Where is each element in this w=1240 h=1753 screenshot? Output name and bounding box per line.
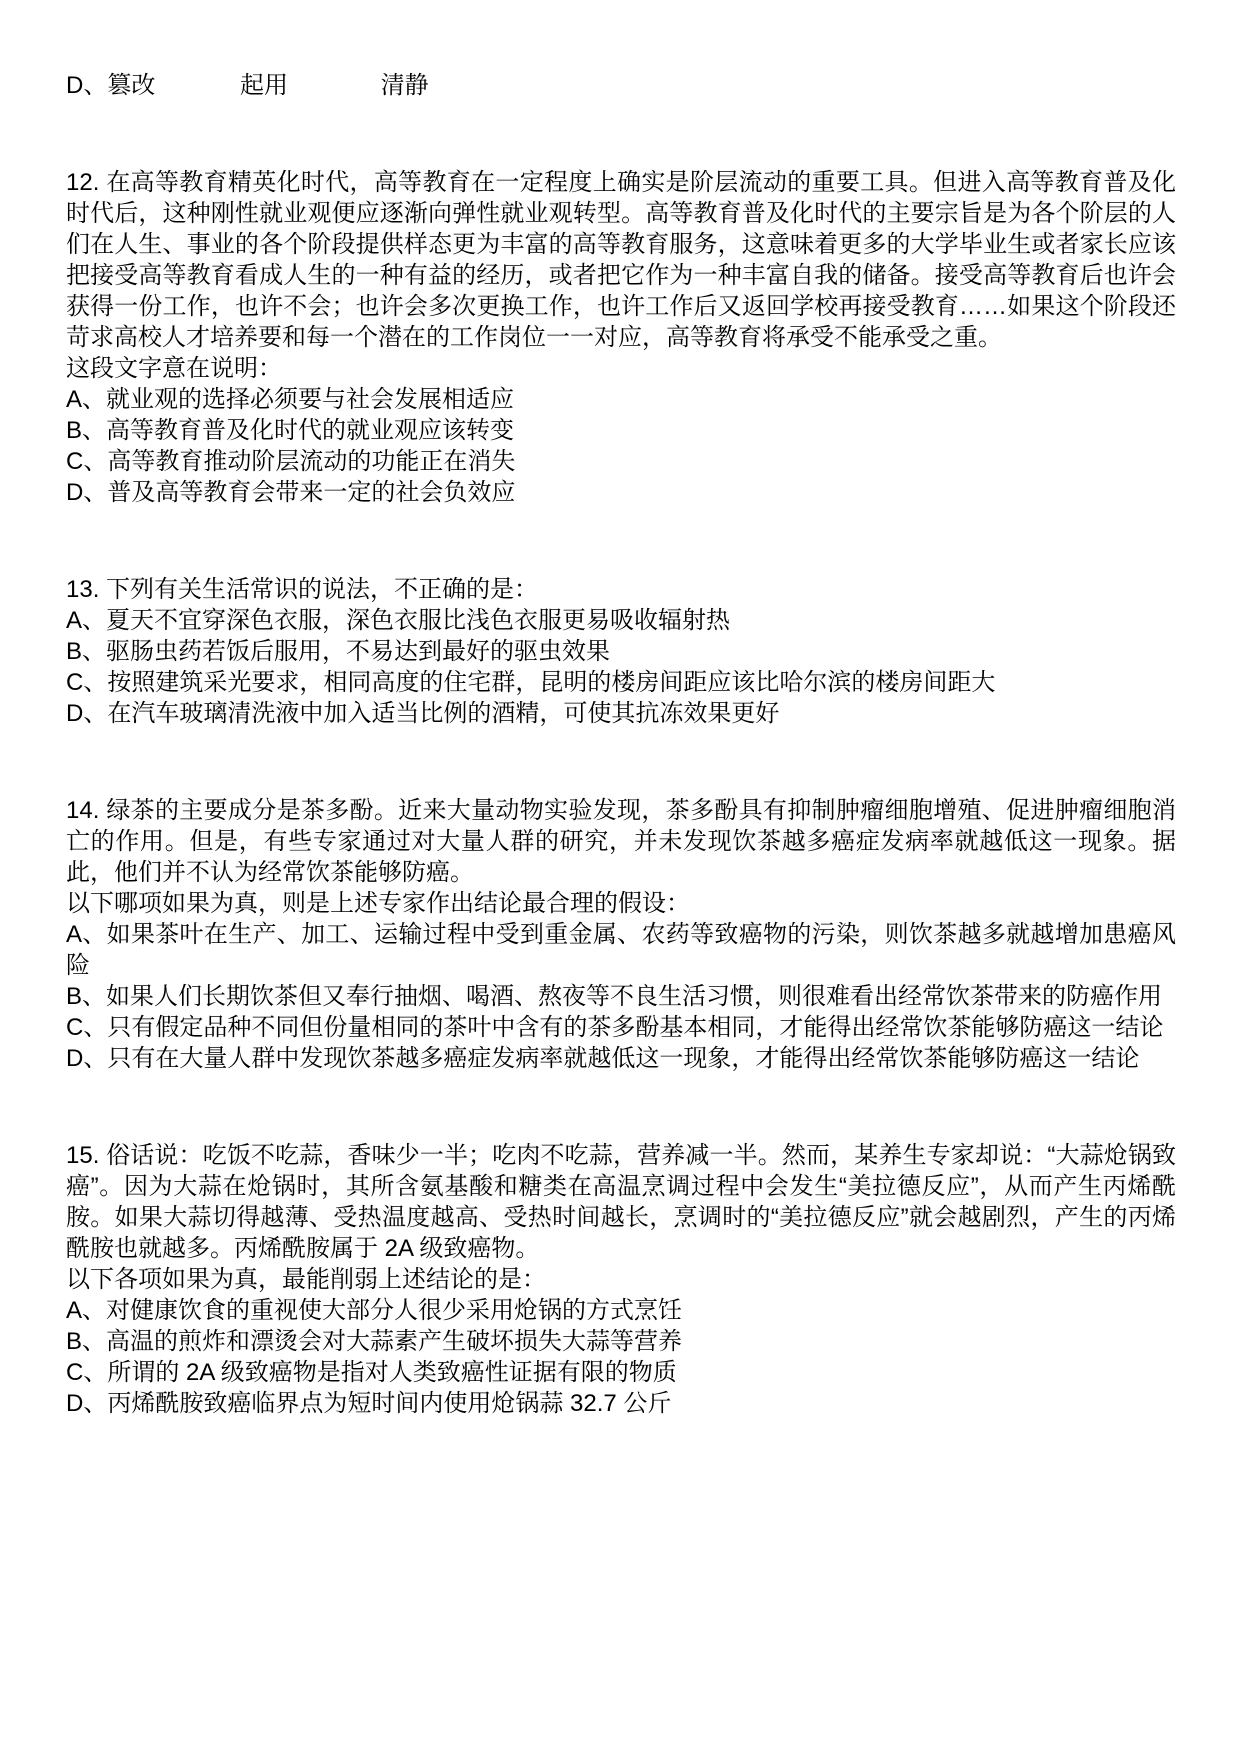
question-15-prompt: 以下各项如果为真，最能削弱上述结论的是： xyxy=(66,1264,1176,1295)
question-15-option-b: B、高温的煎炸和漂烫会对大蒜素产生破坏损失大蒜等营养 xyxy=(66,1326,1176,1357)
leftover-option-word-3: 清静 xyxy=(381,70,429,101)
question-13-option-d: D、在汽车玻璃清洗液中加入适当比例的酒精，可使其抗冻效果更好 xyxy=(66,698,1176,729)
question-12-option-b: B、高等教育普及化时代的就业观应该转变 xyxy=(66,415,1176,446)
leftover-option-word-1: 篡改 xyxy=(107,70,155,101)
leftover-option-row: D、篡改 起用 清静 xyxy=(66,70,1176,101)
question-12-option-c: C、高等教育推动阶层流动的功能正在消失 xyxy=(66,446,1176,477)
question-12-stem: 12. 在高等教育精英化时代，高等教育在一定程度上确实是阶层流动的重要工具。但进… xyxy=(66,167,1176,353)
question-14-option-b: B、如果人们长期饮茶但又奉行抽烟、喝酒、熬夜等不良生活习惯，则很难看出经常饮茶带… xyxy=(66,981,1176,1012)
question-14-option-a: A、如果茶叶在生产、加工、运输过程中受到重金属、农药等致癌物的污染，则饮茶越多就… xyxy=(66,919,1176,981)
question-14-option-c: C、只有假定品种不同但份量相同的茶叶中含有的茶多酚基本相同，才能得出经常饮茶能够… xyxy=(66,1012,1176,1043)
question-12-prompt: 这段文字意在说明： xyxy=(66,353,1176,384)
leftover-option-label: D、 xyxy=(66,70,107,101)
question-12-option-a: A、就业观的选择必须要与社会发展相适应 xyxy=(66,384,1176,415)
question-14-option-d: D、只有在大量人群中发现饮茶越多癌症发病率就越低这一现象，才能得出经常饮茶能够防… xyxy=(66,1043,1176,1074)
question-15: 15. 俗话说：吃饭不吃蒜，香味少一半；吃肉不吃蒜，营养减一半。然而，某养生专家… xyxy=(66,1140,1176,1419)
question-15-option-c: C、所谓的 2A 级致癌物是指对人类致癌性证据有限的物质 xyxy=(66,1357,1176,1388)
question-13-option-a: A、夏天不宜穿深色衣服，深色衣服比浅色衣服更易吸收辐射热 xyxy=(66,605,1176,636)
question-13-stem: 13. 下列有关生活常识的说法，不正确的是： xyxy=(66,574,1176,605)
question-15-stem: 15. 俗话说：吃饭不吃蒜，香味少一半；吃肉不吃蒜，营养减一半。然而，某养生专家… xyxy=(66,1140,1176,1264)
question-13: 13. 下列有关生活常识的说法，不正确的是： A、夏天不宜穿深色衣服，深色衣服比… xyxy=(66,574,1176,729)
question-14-prompt: 以下哪项如果为真，则是上述专家作出结论最合理的假设： xyxy=(66,888,1176,919)
question-15-option-a: A、对健康饮食的重视使大部分人很少采用炝锅的方式烹饪 xyxy=(66,1295,1176,1326)
leftover-option-word-2: 起用 xyxy=(240,70,288,101)
exam-document-page: D、篡改 起用 清静 12. 在高等教育精英化时代，高等教育在一定程度上确实是阶… xyxy=(0,0,1240,1753)
question-12-option-d: D、普及高等教育会带来一定的社会负效应 xyxy=(66,477,1176,508)
question-14-stem: 14. 绿茶的主要成分是茶多酚。近来大量动物实验发现，茶多酚具有抑制肿瘤细胞增殖… xyxy=(66,795,1176,888)
question-14: 14. 绿茶的主要成分是茶多酚。近来大量动物实验发现，茶多酚具有抑制肿瘤细胞增殖… xyxy=(66,795,1176,1074)
question-13-option-c: C、按照建筑采光要求，相同高度的住宅群，昆明的楼房间距应该比哈尔滨的楼房间距大 xyxy=(66,667,1176,698)
question-13-option-b: B、驱肠虫药若饭后服用，不易达到最好的驱虫效果 xyxy=(66,636,1176,667)
question-15-option-d: D、丙烯酰胺致癌临界点为短时间内使用炝锅蒜 32.7 公斤 xyxy=(66,1388,1176,1419)
question-12: 12. 在高等教育精英化时代，高等教育在一定程度上确实是阶层流动的重要工具。但进… xyxy=(66,167,1176,508)
